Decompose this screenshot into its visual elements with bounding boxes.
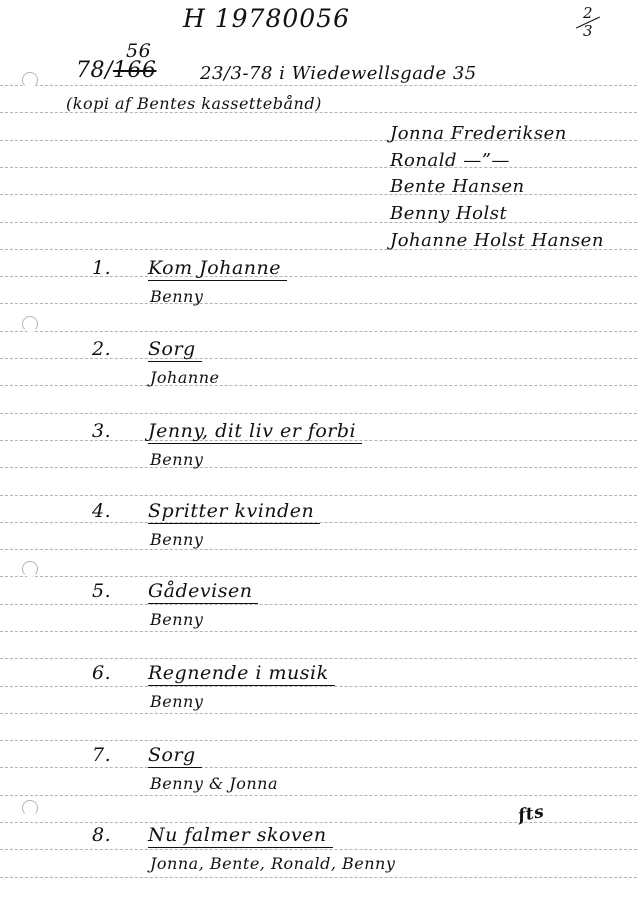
punch-hole [22,316,38,332]
song-number: 1. [92,257,111,279]
song-number: 6. [92,662,111,684]
ruled-line [0,604,637,605]
ref-prefix: 78/ [76,58,113,83]
ruled-line [0,222,637,223]
ruled-line [0,331,637,332]
song-number: 8. [92,824,111,846]
recording-note: (kopi af Bentes kassettebånd) [66,94,322,113]
song-singer: Benny & Jonna [150,774,278,793]
performer-name: Bente Hansen [390,176,525,197]
performer-name: Johanne Holst Hansen [390,230,604,251]
song-number: 4. [92,500,111,522]
song-singer: Benny [150,450,203,469]
punch-hole [22,800,38,816]
song-singer: Benny [150,610,203,629]
ruled-line [0,767,637,768]
ruled-line [0,495,637,496]
archive-id: H 19780056 [183,4,350,33]
handwritten-page: H 19780056 2 3 78/166 56 23/3-78 i Wiede… [0,0,637,901]
song-singer: Benny [150,530,203,549]
song-singer: Johanne [150,368,219,387]
song-number: 3. [92,420,111,442]
ruled-line [0,686,637,687]
ruled-line [0,385,637,386]
performer-name: Jonna Frederiksen [390,123,567,144]
ruled-line [0,795,637,796]
song-title: Regnende i musik [148,662,335,686]
ruled-line [0,413,637,414]
ruled-line [0,549,637,550]
ruled-line [0,740,637,741]
performer-name: Ronald —”— [390,150,510,171]
ruled-line [0,713,637,714]
song-singer: Benny [150,692,203,711]
song-title: Gådevisen [148,580,258,604]
song-title: Sorg [148,338,202,362]
ruled-line [0,467,637,468]
song-number: 7. [92,744,111,766]
ruled-line [0,576,637,577]
ruled-line [0,167,637,168]
song-number: 5. [92,580,111,602]
song-title: Kom Johanne [148,257,287,281]
reference-number: 78/166 56 [76,58,156,83]
song-singer: Benny [150,287,203,306]
page-number: 2 3 [575,6,601,39]
ruled-line [0,194,637,195]
song-title: Jenny, dit liv er forbi [148,420,362,444]
ruled-line [0,85,637,86]
date-place: 23/3-78 i Wiedewellsgade 35 [200,63,477,84]
song-singer: Jonna, Bente, Ronald, Benny [150,854,395,873]
song-title: Sorg [148,744,202,768]
song-title: Nu falmer skoven [148,824,333,848]
punch-hole [22,561,38,577]
ruled-line [0,849,637,850]
ref-corrected: 56 [126,40,151,62]
ruled-line [0,658,637,659]
song-title: Spritter kvinden [148,500,320,524]
song-number: 2. [92,338,111,360]
performer-name: Benny Holst [390,203,507,224]
punch-hole [22,72,38,88]
ruled-line [0,303,637,304]
ruled-line [0,631,637,632]
ruled-line [0,877,637,878]
